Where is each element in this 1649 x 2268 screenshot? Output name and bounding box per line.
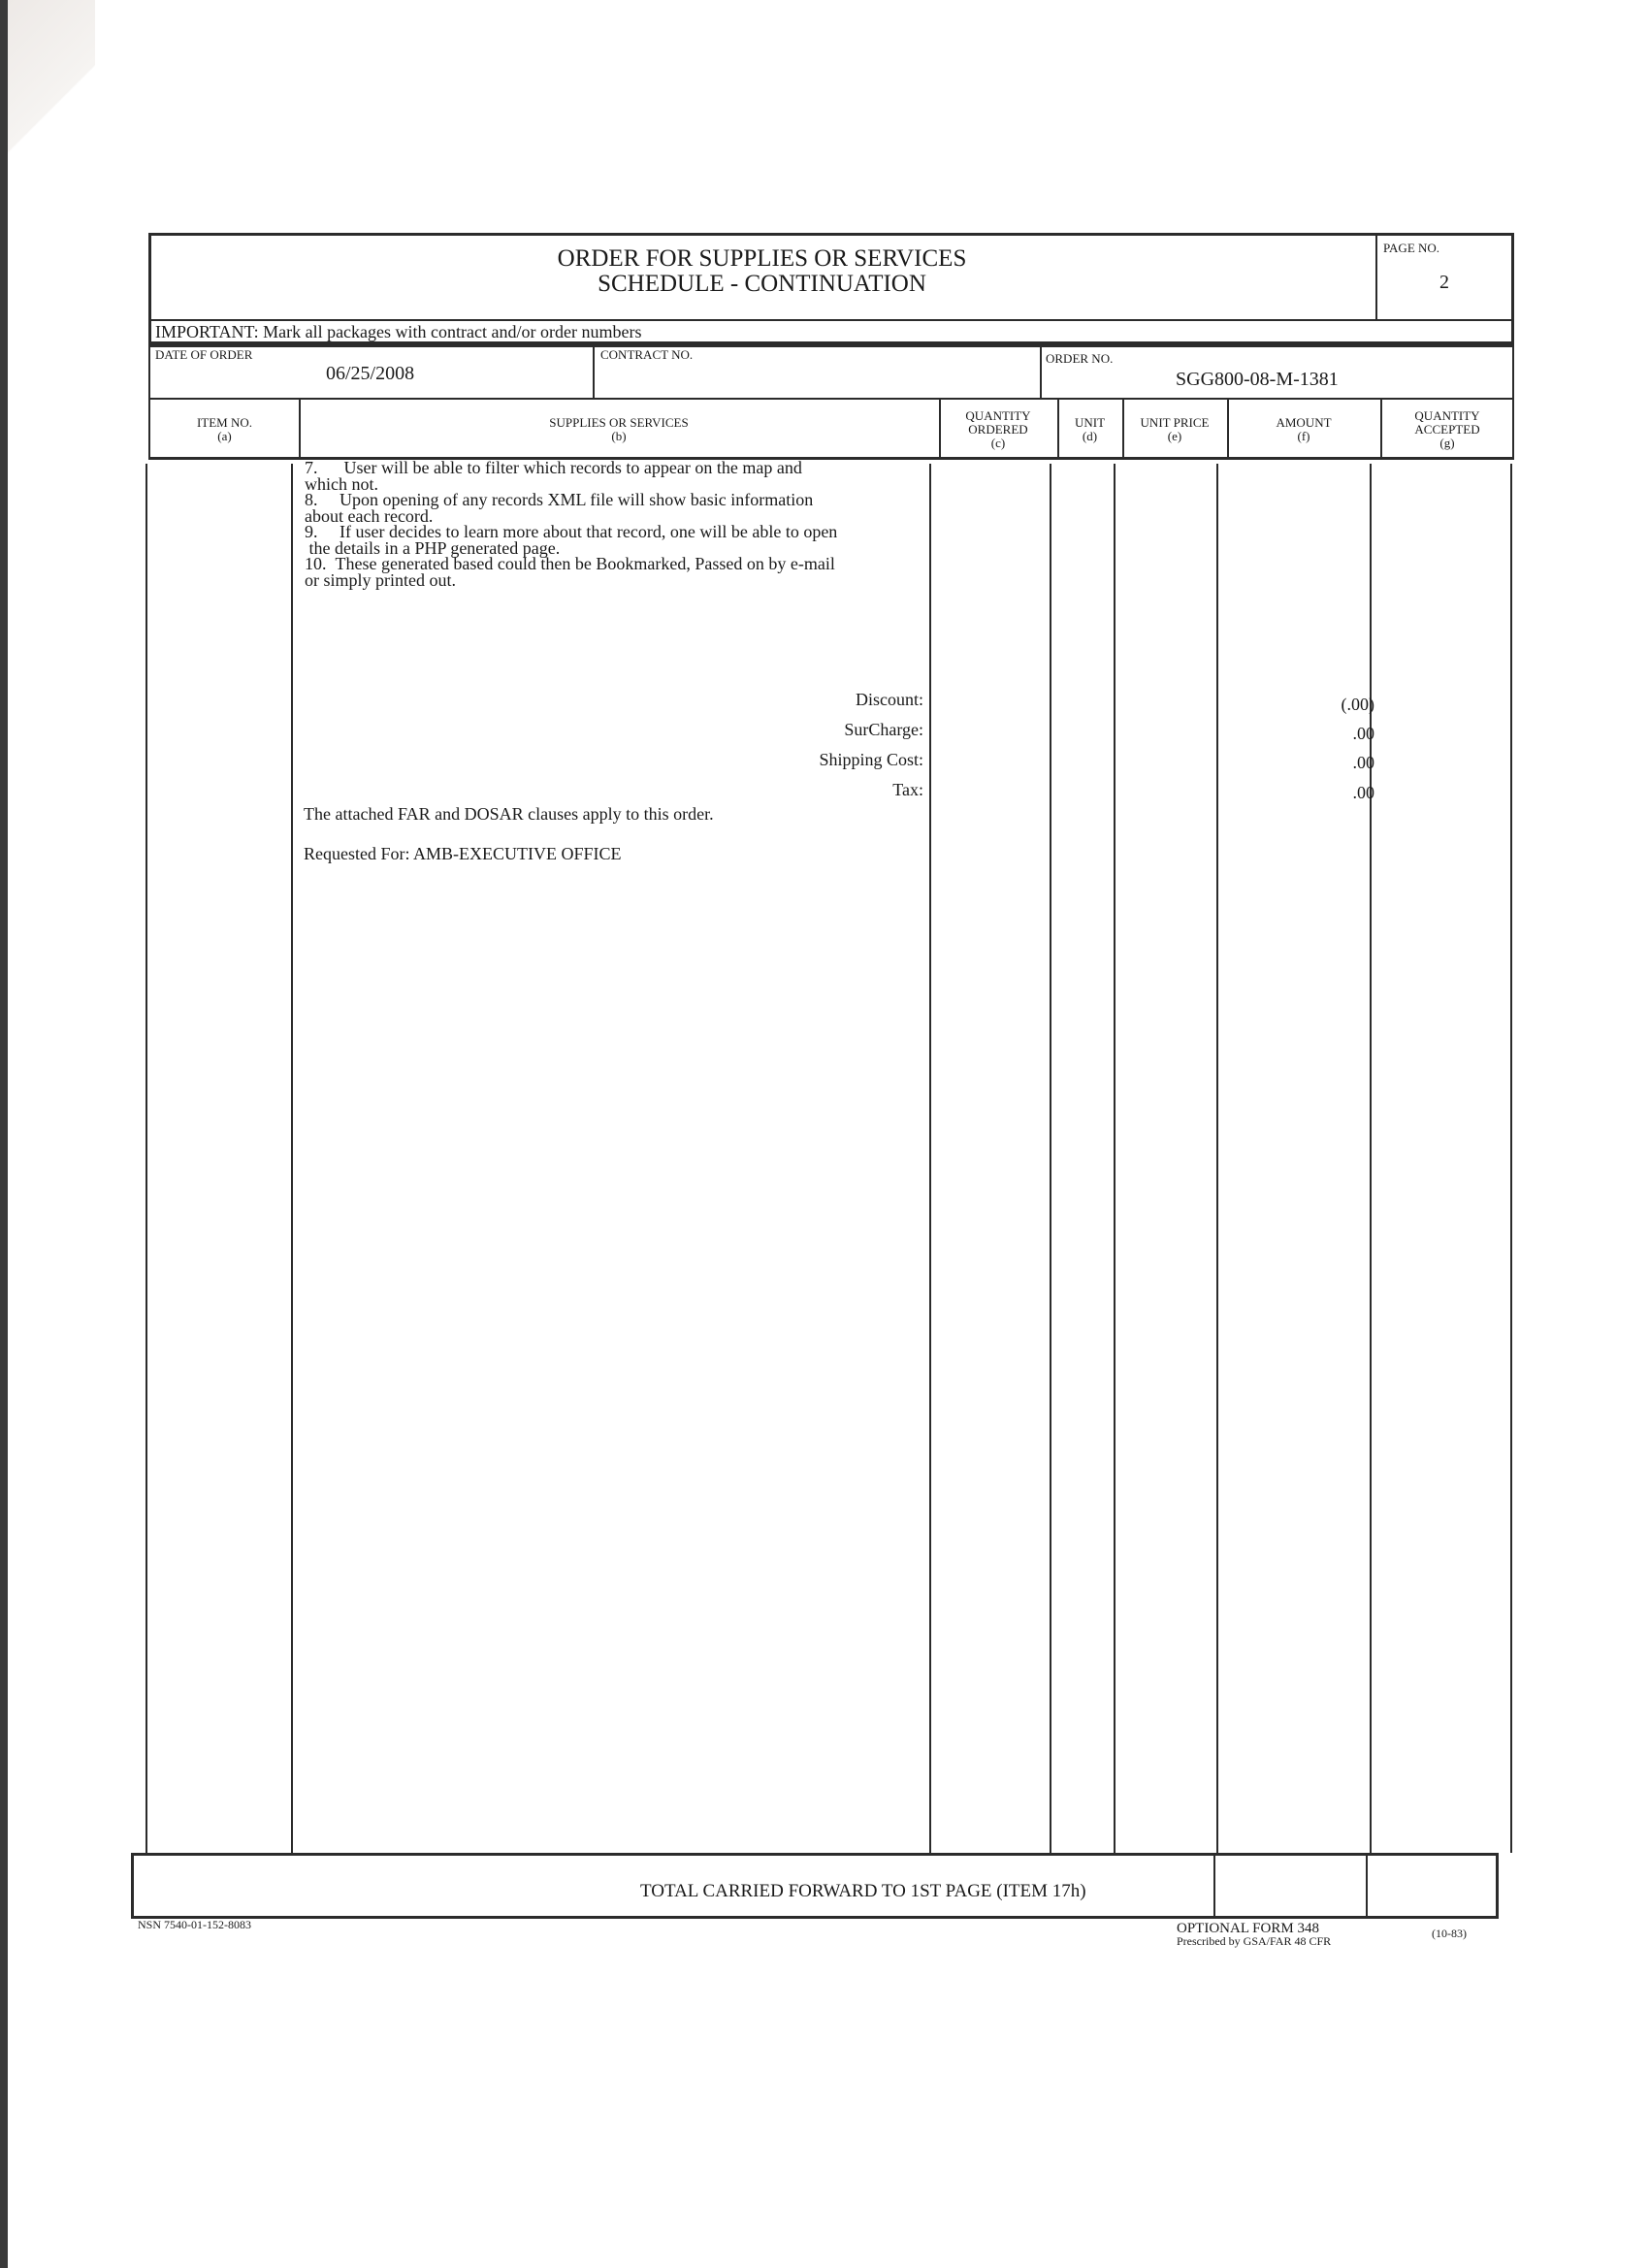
optional-form-id: OPTIONAL FORM 348 Prescribed by GSA/FAR … (1177, 1923, 1331, 1948)
column-header-amount: AMOUNT(f) (1227, 400, 1380, 460)
column-header-unit: UNIT(d) (1057, 400, 1122, 460)
column-header-supplies: SUPPLIES OR SERVICES(b) (299, 400, 939, 460)
form-title-line1: ORDER FOR SUPPLIES OR SERVICES (148, 246, 1375, 272)
body-column-line (929, 464, 931, 1853)
total-carried-forward-label: TOTAL CARRIED FORWARD TO 1ST PAGE (ITEM … (640, 1881, 1086, 1902)
column-header-item-no: ITEM NO.(a) (150, 400, 299, 460)
form-revision: (10-83) (1432, 1927, 1467, 1941)
page-no-value: 2 (1439, 272, 1449, 294)
header-divider (148, 319, 1514, 321)
page-no-divider (1375, 233, 1378, 320)
body-column-line (1370, 464, 1372, 1853)
scan-edge (0, 0, 8, 2268)
body-column-line (1114, 464, 1115, 1853)
date-of-order-label: DATE OF ORDER (155, 347, 252, 363)
surcharge-amount: .00 (1258, 724, 1374, 744)
nsn-number: NSN 7540-01-152-8083 (138, 1918, 251, 1932)
tax-amount: .00 (1258, 783, 1374, 803)
tax-label: Tax: (632, 780, 923, 800)
important-notice: IMPORTANT: Mark all packages with contra… (155, 322, 641, 342)
form-title: ORDER FOR SUPPLIES OR SERVICES SCHEDULE … (148, 246, 1375, 297)
body-column-line (1216, 464, 1218, 1853)
total-divider (1213, 1853, 1215, 1919)
body-column-line (1050, 464, 1051, 1853)
form-title-line2: SCHEDULE - CONTINUATION (148, 272, 1375, 297)
discount-amount: (.00) (1258, 695, 1374, 715)
column-header-unit-price: UNIT PRICE(e) (1122, 400, 1227, 460)
surcharge-label: SurCharge: (632, 720, 923, 740)
list-item: 7. User will be able to filter which rec… (305, 460, 935, 476)
scan-folded-corner (8, 0, 95, 165)
order-no-label: ORDER NO. (1046, 351, 1113, 367)
total-divider (1366, 1853, 1368, 1919)
order-info-divider (593, 344, 595, 400)
shipping-cost-label: Shipping Cost: (632, 750, 923, 770)
date-of-order-value: 06/25/2008 (326, 363, 414, 385)
body-column-line (291, 464, 293, 1853)
column-header-quantity-ordered: QUANTITY ORDERED(c) (939, 400, 1057, 460)
discount-label: Discount: (632, 690, 923, 710)
clauses-note: The attached FAR and DOSAR clauses apply… (304, 804, 714, 825)
requested-for-note: Requested For: AMB-EXECUTIVE OFFICE (304, 844, 622, 864)
supplies-description: 7. User will be able to filter which rec… (305, 460, 935, 588)
order-info-divider (1040, 344, 1042, 400)
shipping-cost-amount: .00 (1258, 753, 1374, 773)
page-no-label: PAGE NO. (1383, 241, 1439, 256)
body-column-line (1510, 464, 1512, 1853)
column-header-quantity-accepted: QUANTITY ACCEPTED(g) (1380, 400, 1514, 460)
contract-no-label: CONTRACT NO. (600, 347, 693, 363)
order-no-value: SGG800-08-M-1381 (1176, 369, 1339, 391)
body-column-line (145, 464, 147, 1853)
